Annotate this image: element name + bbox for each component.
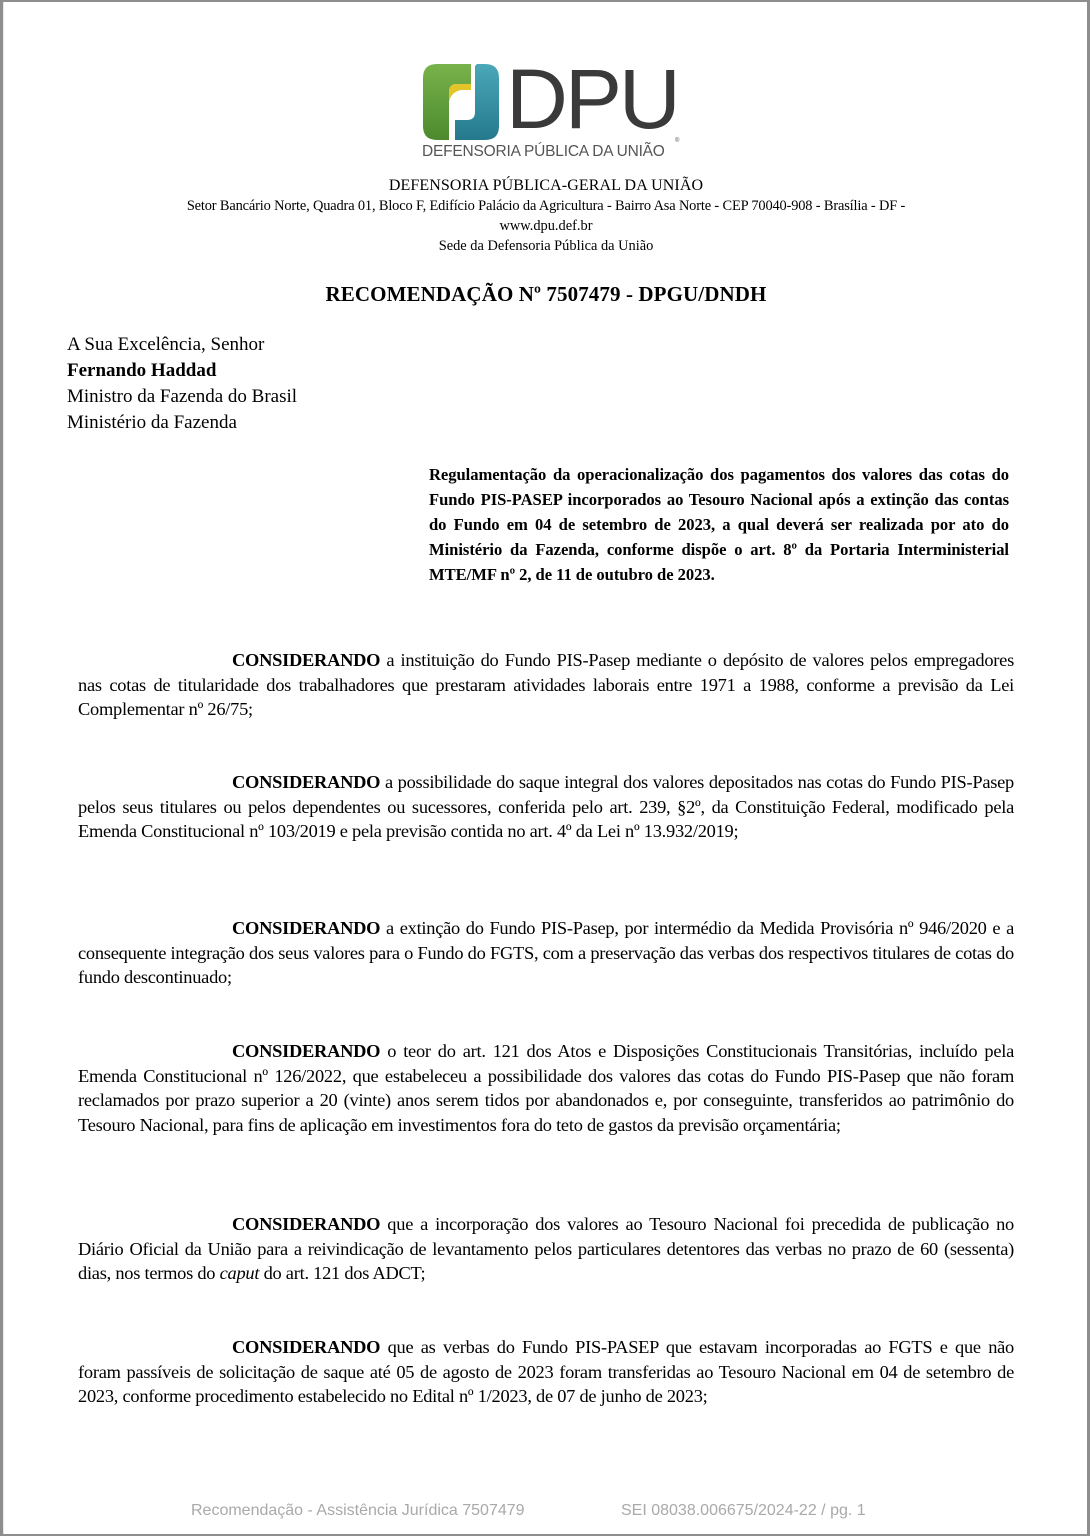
addressee-ministry: Ministério da Fazenda xyxy=(67,410,297,436)
considerando-keyword: CONSIDERANDO xyxy=(232,1337,380,1357)
considerando-text: que as verbas do Fundo PIS-PASEP que est… xyxy=(78,1337,1014,1406)
considerando-text: a instituição do Fundo PIS-Pasep mediant… xyxy=(78,650,1014,719)
ementa-summary: Regulamentação da operacionalização dos … xyxy=(429,462,1009,587)
logo-wordmark: DPU xyxy=(506,54,678,144)
registered-mark: ® xyxy=(675,138,679,144)
considerando-paragraph: CONSIDERANDO a extinção do Fundo PIS-Pas… xyxy=(78,916,1014,990)
dpu-logo: DPU DEFENSORIA PÚBLICA DA UNIÃO ® xyxy=(418,60,682,164)
considerando-keyword: CONSIDERANDO xyxy=(232,918,380,938)
header-website: www.dpu.def.br xyxy=(4,218,1088,235)
considerando-paragraph: CONSIDERANDO a possibilidade do saque in… xyxy=(78,770,1014,844)
considerando-keyword: CONSIDERANDO xyxy=(232,650,380,670)
considerando-text: que a incorporação dos valores ao Tesour… xyxy=(78,1214,1014,1283)
considerando-keyword: CONSIDERANDO xyxy=(232,1041,380,1061)
caput-italic: caput xyxy=(220,1263,260,1283)
considerando-paragraph: CONSIDERANDO o teor do art. 121 dos Atos… xyxy=(78,1039,1014,1137)
considerando-paragraph: CONSIDERANDO a instituição do Fundo PIS-… xyxy=(78,648,1014,722)
addressee-name: Fernando Haddad xyxy=(67,358,297,384)
considerando-keyword: CONSIDERANDO xyxy=(232,1214,380,1234)
document-title: RECOMENDAÇÃO Nº 7507479 - DPGU/DNDH xyxy=(4,282,1088,307)
header-org: DEFENSORIA PÚBLICA-GERAL DA UNIÃO xyxy=(4,177,1088,195)
considerando-paragraph: CONSIDERANDO que as verbas do Fundo PIS-… xyxy=(78,1335,1014,1409)
footer-document: Recomendação - Assistência Jurídica 7507… xyxy=(191,1502,525,1520)
considerando-text: a extinção do Fundo PIS-Pasep, por inter… xyxy=(78,918,1014,987)
considerando-text: a possibilidade do saque integral dos va… xyxy=(78,772,1014,841)
addressee-salutation: A Sua Excelência, Senhor xyxy=(67,332,297,358)
document-page: DPU DEFENSORIA PÚBLICA DA UNIÃO ® DEFENS… xyxy=(3,2,1087,1534)
header-address: Setor Bancário Norte, Quadra 01, Bloco F… xyxy=(4,198,1088,215)
footer-process-page: SEI 08038.006675/2024-22 / pg. 1 xyxy=(621,1502,866,1520)
considerando-paragraph: CONSIDERANDO que a incorporação dos valo… xyxy=(78,1212,1014,1286)
addressee-block: A Sua Excelência, Senhor Fernando Haddad… xyxy=(67,332,297,436)
considerando-keyword: CONSIDERANDO xyxy=(232,772,380,792)
dpu-logo-mark-icon xyxy=(421,62,501,142)
addressee-position: Ministro da Fazenda do Brasil xyxy=(67,384,297,410)
logo-tagline: DEFENSORIA PÚBLICA DA UNIÃO xyxy=(422,143,665,161)
header-seat: Sede da Defensoria Pública da União xyxy=(4,238,1088,255)
considerando-text: o teor do art. 121 dos Atos e Disposiçõe… xyxy=(78,1041,1014,1135)
considerando-text-end: do art. 121 dos ADCT; xyxy=(259,1263,425,1283)
